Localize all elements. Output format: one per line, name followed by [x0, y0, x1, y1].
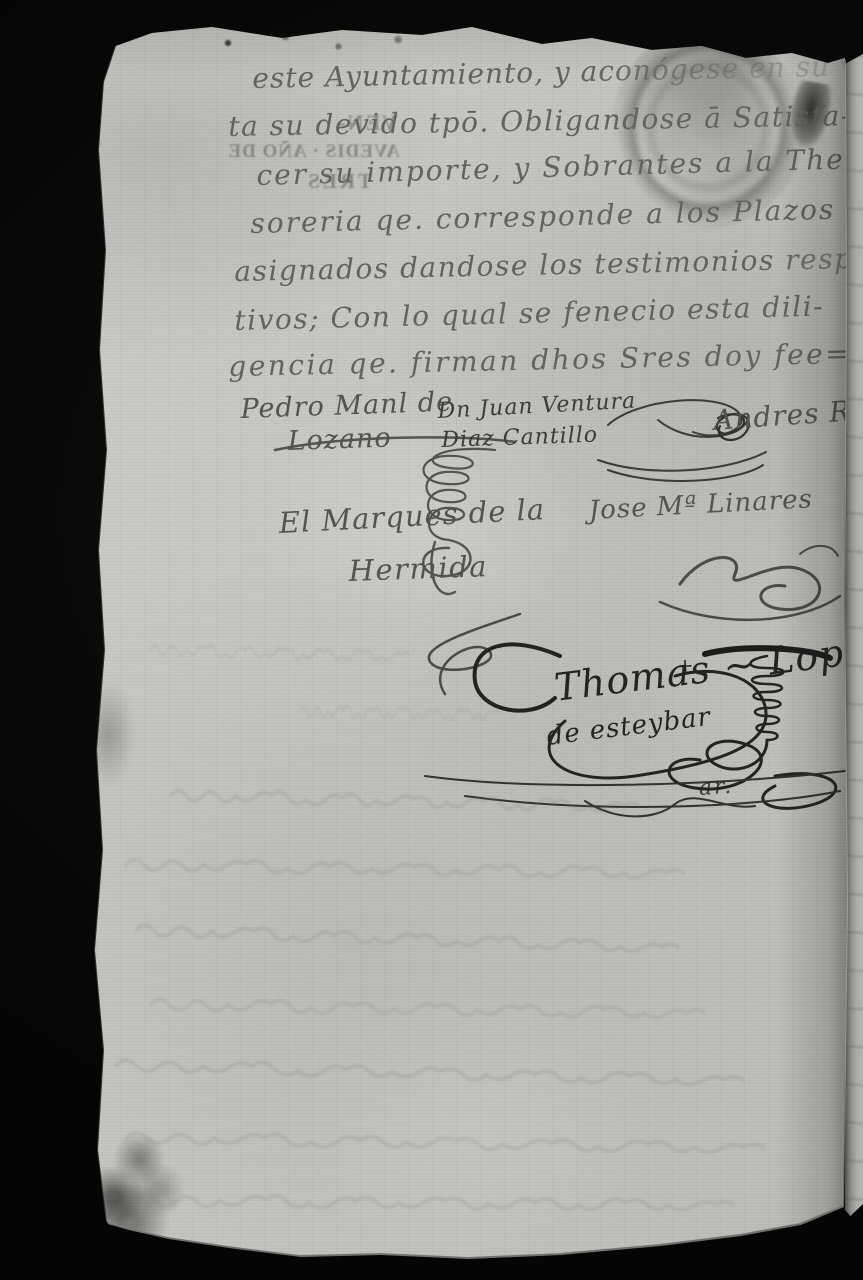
manuscript-leaf-wrap: VEN- AVEDIS · AÑO DE TRES este Ayuntamie…: [0, 0, 863, 1280]
archival-photo-stage: VEN- AVEDIS · AÑO DE TRES este Ayuntamie…: [0, 0, 863, 1280]
gutter-and-edge-shading: [0, 0, 863, 1280]
manuscript-page: VEN- AVEDIS · AÑO DE TRES este Ayuntamie…: [0, 0, 863, 1280]
